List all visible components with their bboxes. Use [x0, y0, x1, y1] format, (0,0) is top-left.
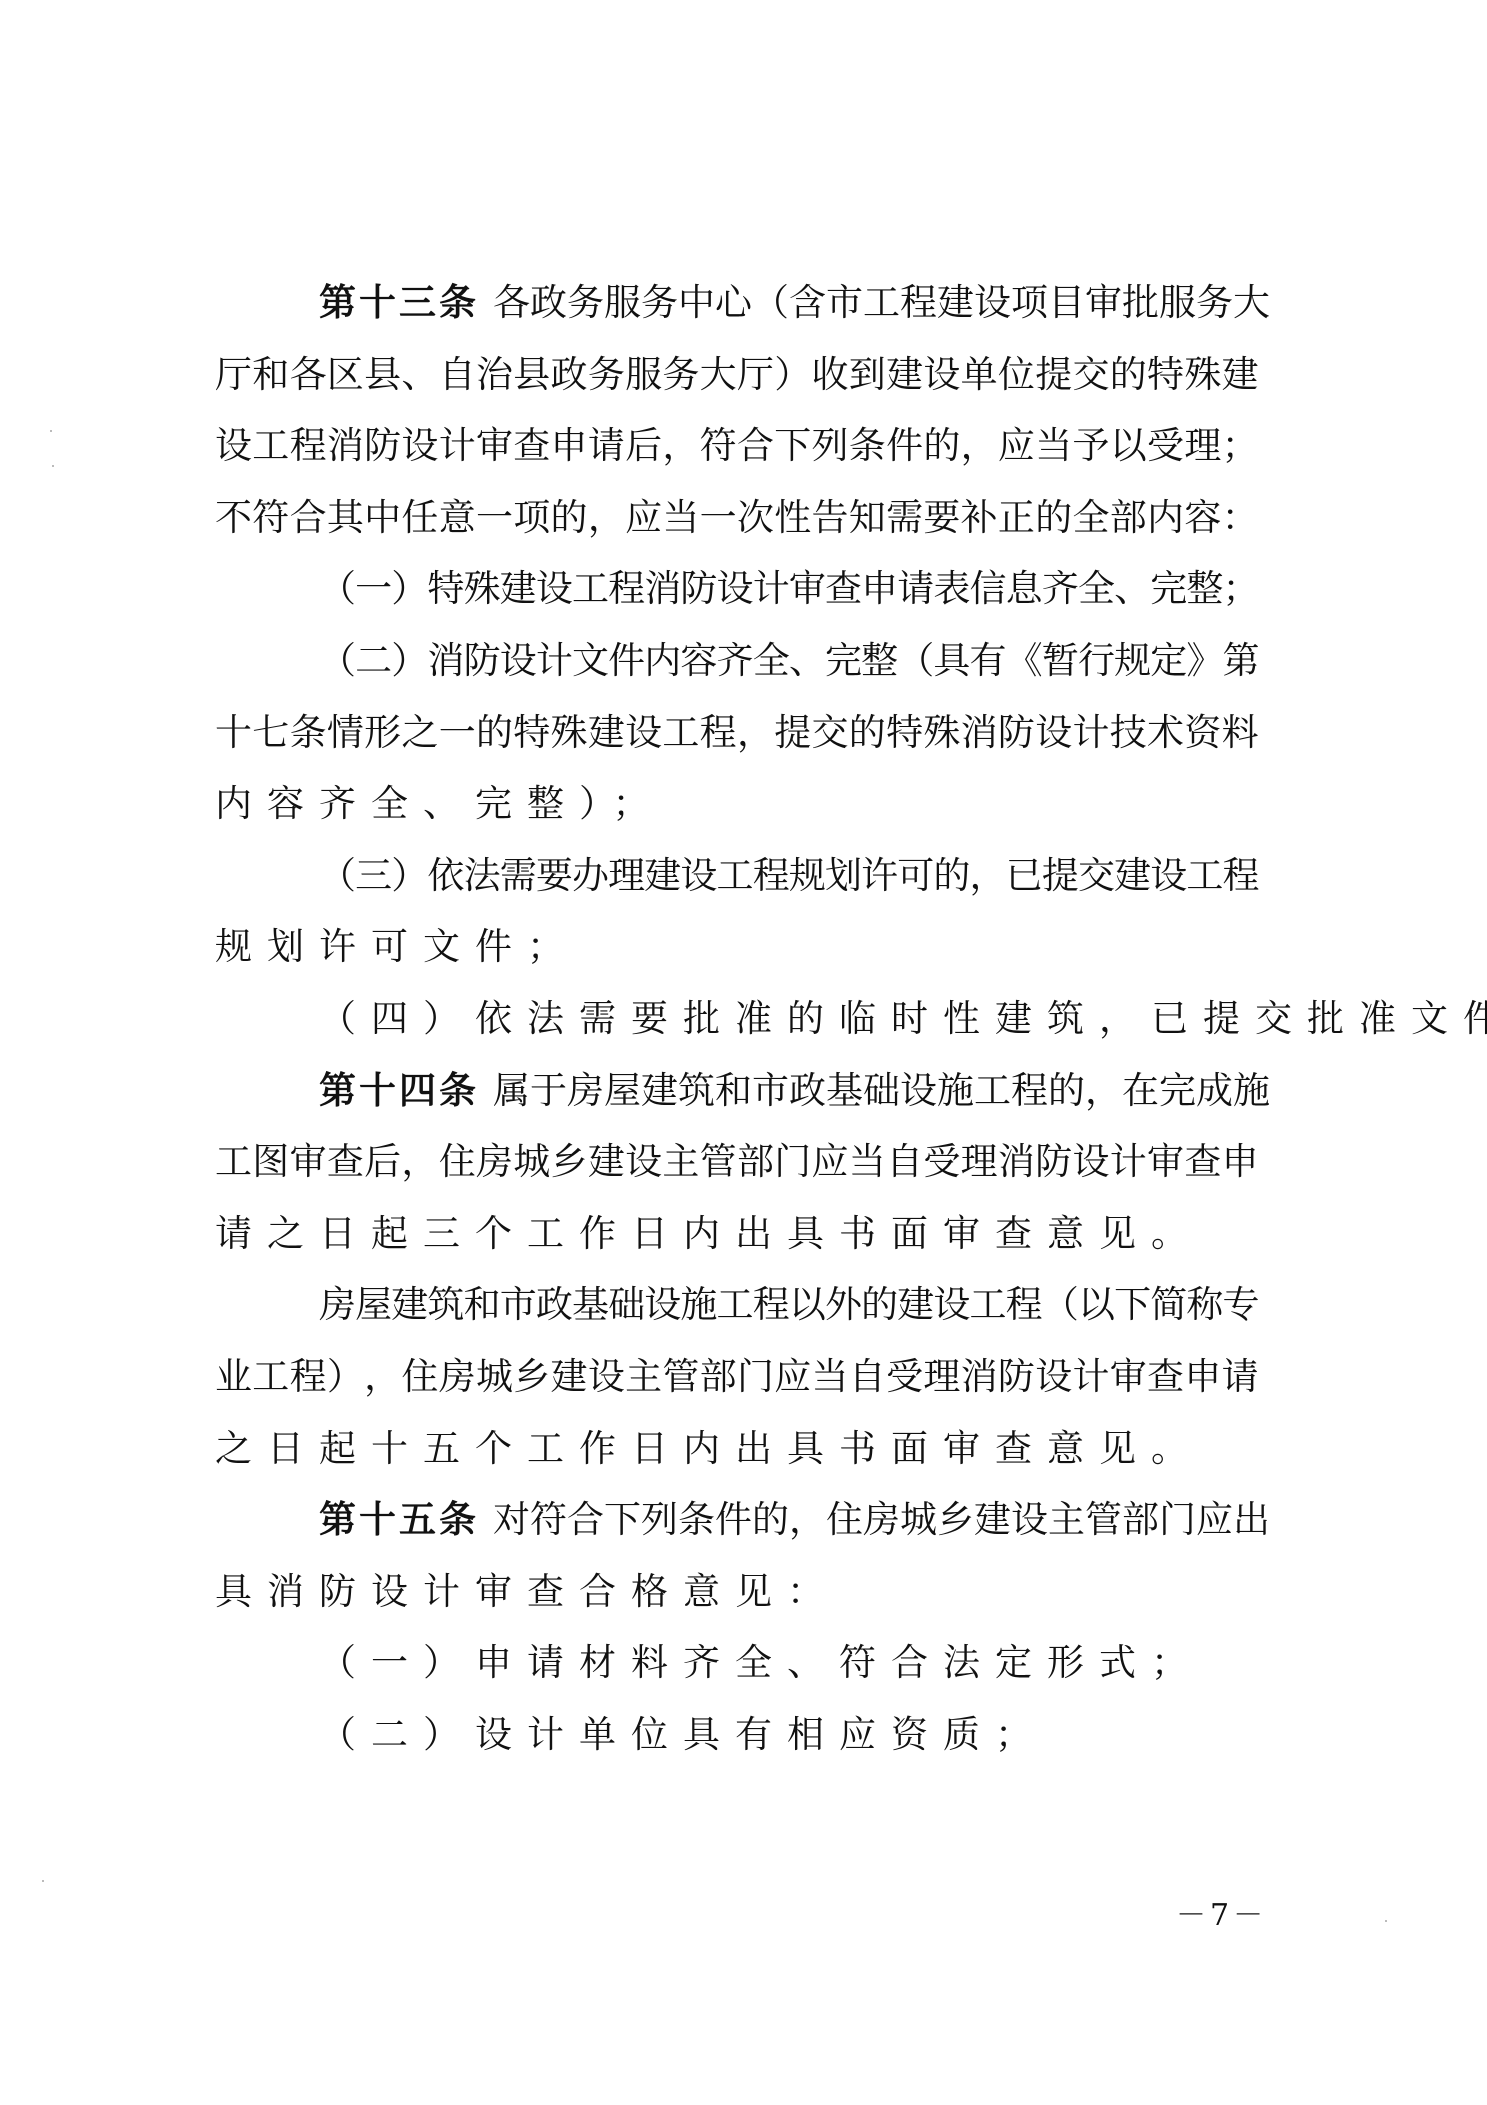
article-15-item-1: （一）申请材料齐全、符合法定形式； — [215, 1627, 1259, 1699]
article-14-para-2-line-3: 之日起十五个工作日内出具书面审查意见。 — [215, 1413, 1259, 1485]
article-14-para-2-line-1: 房屋建筑和市政基础设施工程以外的建设工程（以下简称专 — [215, 1269, 1259, 1341]
article-13-item-1: （一）特殊建设工程消防设计审查申请表信息齐全、完整； — [215, 553, 1259, 625]
page-number: －7－ — [1176, 1890, 1267, 1934]
scan-speck — [1385, 1920, 1387, 1922]
article-14-number: 第十四条 — [319, 1068, 479, 1112]
article-14-text: 属于房屋建筑和市政基础设施工程的，在完成施 — [493, 1069, 1270, 1112]
article-13-item-3-line-2: 规划许可文件； — [215, 911, 1259, 983]
article-13-line-2: 厅和各区县、自治县政务服务大厅）收到建设单位提交的特殊建 — [215, 339, 1259, 411]
article-13-line-1: 第十三条各政务服务中心（含市工程建设项目审批服务大 — [215, 267, 1259, 339]
article-13-item-4: （四）依法需要批准的临时性建筑，已提交批准文件。 — [215, 983, 1259, 1055]
article-15-text: 对符合下列条件的，住房城乡建设主管部门应出 — [493, 1498, 1270, 1541]
article-15-item-2: （二）设计单位具有相应资质； — [215, 1699, 1259, 1771]
article-13-line-3: 设工程消防设计审查申请后，符合下列条件的，应当予以受理； — [215, 410, 1259, 482]
article-14-line-2: 工图审查后，住房城乡建设主管部门应当自受理消防设计审查申 — [215, 1126, 1259, 1198]
article-14-line-1: 第十四条属于房屋建筑和市政基础设施工程的，在完成施 — [215, 1055, 1259, 1127]
article-13-line-4: 不符合其中任意一项的，应当一次性告知需要补正的全部内容： — [215, 482, 1259, 554]
scan-speck — [42, 1880, 44, 1882]
article-14-para-2-line-2: 业工程），住房城乡建设主管部门应当自受理消防设计审查申请 — [215, 1341, 1259, 1413]
article-13-item-2-line-2: 十七条情形之一的特殊建设工程，提交的特殊消防设计技术资料 — [215, 697, 1259, 769]
article-13-text: 各政务服务中心（含市工程建设项目审批服务大 — [493, 281, 1270, 324]
article-15-line-1: 第十五条对符合下列条件的，住房城乡建设主管部门应出 — [215, 1484, 1259, 1556]
scan-speck — [50, 430, 52, 432]
scan-speck — [52, 465, 54, 467]
article-15-number: 第十五条 — [319, 1497, 479, 1541]
article-13-item-3-line-1: （三）依法需要办理建设工程规划许可的，已提交建设工程 — [215, 840, 1259, 912]
document-body: 第十三条各政务服务中心（含市工程建设项目审批服务大 厅和各区县、自治县政务服务大… — [215, 267, 1259, 1770]
article-13-number: 第十三条 — [319, 280, 479, 324]
document-page: 第十三条各政务服务中心（含市工程建设项目审批服务大 厅和各区县、自治县政务服务大… — [0, 0, 1487, 2105]
article-13-item-2-line-3: 内容齐全、完整）； — [215, 768, 1259, 840]
article-14-line-3: 请之日起三个工作日内出具书面审查意见。 — [215, 1198, 1259, 1270]
article-13-item-2-line-1: （二）消防设计文件内容齐全、完整（具有《暂行规定》第 — [215, 625, 1259, 697]
article-15-line-2: 具消防设计审查合格意见： — [215, 1556, 1259, 1628]
